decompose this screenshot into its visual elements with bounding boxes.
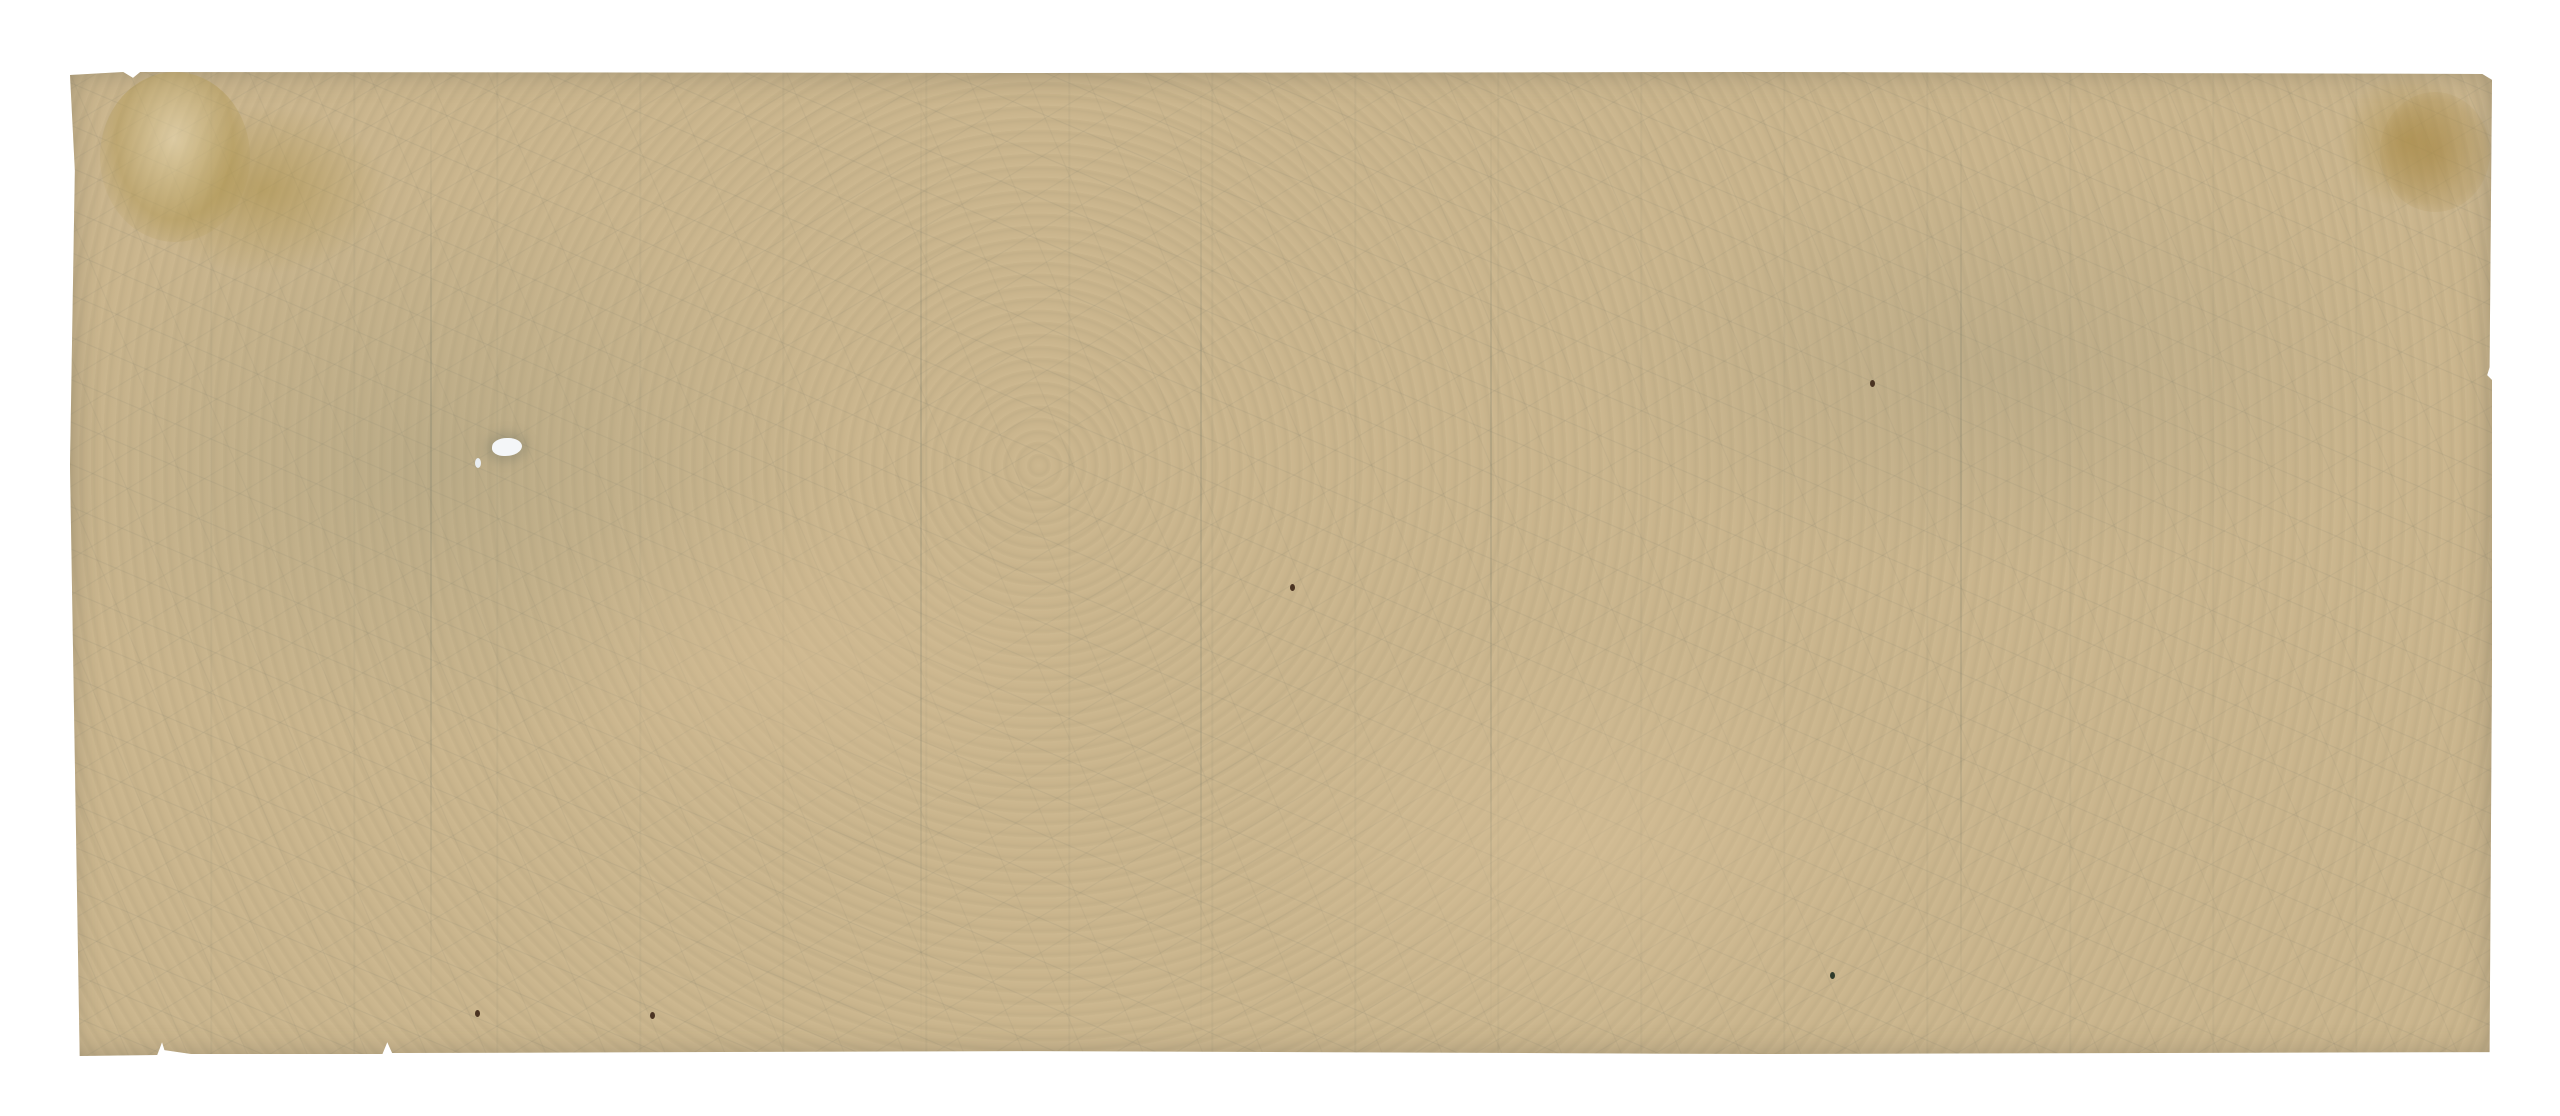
- paper-hole-small: [475, 458, 481, 468]
- aged-paper-note: [70, 72, 2492, 1056]
- photo-scene: [0, 0, 2560, 1116]
- paper-crease: [920, 72, 922, 1056]
- corner-stain-top-left: [100, 72, 250, 242]
- paper-speck: [1830, 972, 1835, 979]
- paper-crease: [1960, 72, 1962, 1056]
- paper-speck: [475, 1010, 480, 1017]
- paper-speck: [1870, 380, 1875, 387]
- paper-speck: [650, 1012, 655, 1019]
- paper-speck: [1290, 584, 1295, 591]
- corner-stain-top-right: [2380, 92, 2490, 212]
- paper-hole: [492, 438, 522, 456]
- paper-crease: [1200, 72, 1202, 1056]
- paper-crease: [430, 72, 432, 1056]
- paper-crease: [1490, 72, 1492, 1056]
